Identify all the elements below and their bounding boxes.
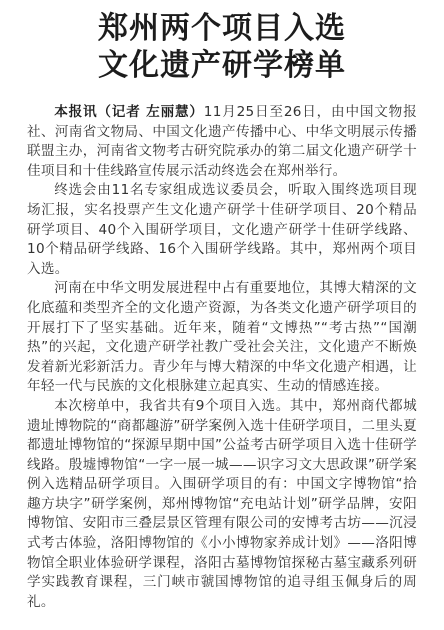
headline-line-1: 郑州两个项目入选: [0, 10, 444, 47]
paragraph-3: 河南在中华文明发展进程中占有重要地位，其博大精深的文化底蕴和类型齐全的文化遗产资…: [27, 279, 417, 397]
paragraph-2: 终选会由11名专家组成选议委员会，听取入围终选项目现场汇报，实名投票产生文化遗产…: [27, 181, 417, 279]
article-headline: 郑州两个项目入选 文化遗产研学榜单: [0, 10, 444, 84]
article-body: 本报讯（记者 左丽慧）11月25日至26日，由中国文物报社、河南省文物局、中国文…: [27, 103, 417, 612]
paragraph-1: 本报讯（记者 左丽慧）11月25日至26日，由中国文物报社、河南省文物局、中国文…: [27, 103, 417, 181]
headline-line-2: 文化遗产研学榜单: [0, 47, 444, 84]
paragraph-4: 本次榜单中，我省共有9个项目入选。其中，郑州商代都城遗址博物院的“商都趣游”研学…: [27, 397, 417, 613]
newspaper-article: 郑州两个项目入选 文化遗产研学榜单 本报讯（记者 左丽慧）11月25日至26日，…: [0, 0, 444, 630]
byline: 本报讯（记者 左丽慧）: [54, 104, 204, 120]
